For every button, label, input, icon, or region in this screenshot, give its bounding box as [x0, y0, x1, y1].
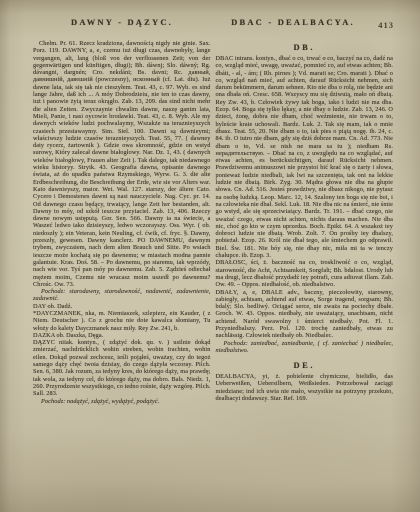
- derivatives-dazyc: Pochodz: nadążyć, zdążyć, wydążyć, podąż…: [33, 398, 211, 405]
- entry-dbac: DBAC intrans. kontyn., dbać o co, trwać …: [216, 55, 394, 259]
- entry-dawny: Chełm. Pr. 61. Rzecz kradziona, dawności…: [33, 40, 211, 288]
- entry-dayczmanek: *DAYCZMANEK, nka, m. Niemiaszek, szlepie…: [33, 310, 211, 332]
- derivatives-dbaly: Pochodz: zaniedbać, zaniedbanie, ( cf. z…: [216, 340, 394, 355]
- scanned-book-page: DAWNY - DĄZYC. DBAC - DEALBACYA. 413 Che…: [0, 0, 420, 512]
- page-number: 413: [378, 20, 394, 30]
- entry-dbaly: DBAŁY, a, e, DBALE adv., baczny, pieczoł…: [216, 289, 394, 340]
- entry-day: DAY ob. Dadź.: [33, 303, 211, 310]
- entry-dealbacya: DEALBACYA, yi, ż. pobielenie chymiczne, …: [216, 373, 394, 402]
- entry-dazyc: DĄZYC niiak. kontyn., ( zdążyć dok. qu. …: [33, 339, 211, 397]
- left-column: Chełm. Pr. 61. Rzecz kradziona, dawności…: [33, 40, 211, 405]
- derivatives-dawny: Pochodz: starodawny, starodawność, nadaw…: [33, 288, 211, 303]
- running-title-right: DBAC - DEALBACYA.: [218, 17, 368, 27]
- right-column: DB. DBAC intrans. kontyn., dbać o co, tr…: [216, 40, 394, 405]
- text-columns: Chełm. Pr. 61. Rzecz kradziona, dawności…: [33, 40, 393, 405]
- section-heading-db: DB.: [216, 42, 394, 52]
- entry-dbalosc: DBAŁOSC, ści, ż. baczność na co, troskli…: [216, 259, 394, 288]
- section-heading-de: DE.: [216, 360, 394, 370]
- running-title-left: DAWNY - DĄZYC.: [33, 17, 211, 27]
- running-head: DAWNY - DĄZYC. DBAC - DEALBACYA. 413: [0, 17, 420, 31]
